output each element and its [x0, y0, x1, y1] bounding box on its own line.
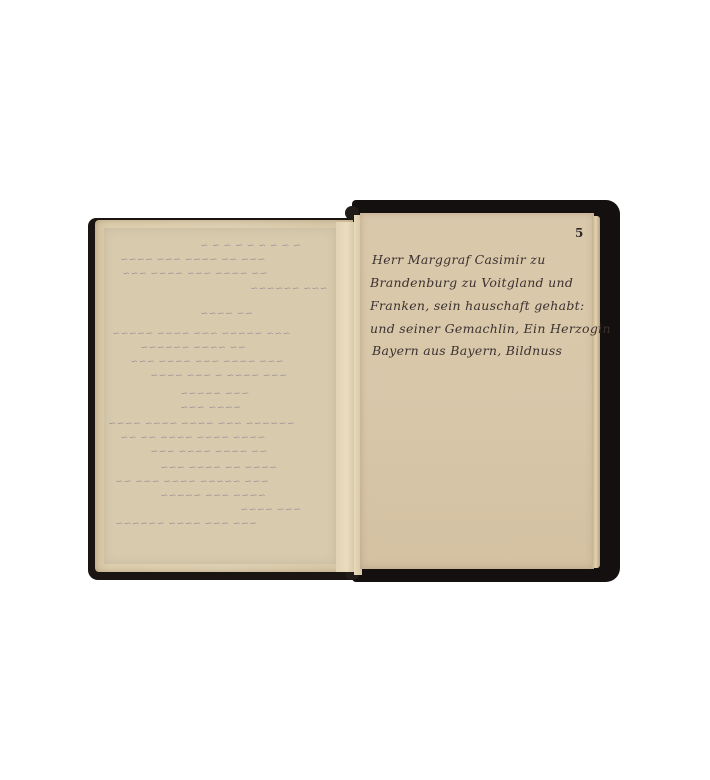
- bleed-through-line: ~~~ ~~ ~~~~ ~~~ ~~~~: [120, 254, 265, 265]
- open-manuscript-book: 5 Herr Marggraf Casimir zu Brandenburg z…: [0, 0, 710, 780]
- bleed-through-line: ~~~~ ~~ ~~~~ ~~~: [160, 462, 277, 473]
- script-line: Bayern aus Bayern, Bildnuss: [372, 343, 562, 358]
- script-line: Herr Marggraf Casimir zu: [372, 252, 546, 267]
- left-gutter-strip: [336, 222, 354, 572]
- bleed-through-line: ~~ ~~~~: [200, 308, 253, 319]
- bleed-through-line: ~~~ ~~~~~~: [250, 283, 328, 294]
- bleed-through-line: ~ ~ ~ ~ ~ ~ ~ ~ ~: [200, 240, 301, 251]
- bleed-through-line: ~~~~~~ ~~~ ~~~~ ~~~~ ~~~~: [108, 418, 295, 429]
- script-line: und seiner Gemachlin, Ein Herzogin: [370, 321, 611, 336]
- script-line: Brandenburg zu Voitgland und: [370, 275, 573, 290]
- page-number: 5: [575, 226, 583, 240]
- bleed-through-line: ~~~ ~~~~~ ~~~ ~~~~ ~~~~~: [112, 328, 290, 339]
- script-line: Franken, sein hauschaft gehabt:: [370, 298, 585, 313]
- bleed-through-line: ~~~ ~~~~: [240, 504, 301, 515]
- bleed-through-line: ~~~~ ~~~~ ~~~~ ~~ ~~: [120, 432, 265, 443]
- page-block-edge: [592, 216, 600, 568]
- bleed-through-line: ~~~ ~~~~~ ~~~~ ~~~ ~~: [115, 476, 269, 487]
- bleed-through-line: ~~ ~~~~ ~~~~ ~~~: [150, 446, 267, 457]
- bleed-through-line: ~~~ ~~~~ ~~~ ~~~~ ~~~: [130, 356, 284, 367]
- bleed-through-line: ~~~ ~~~ ~~~~ ~~~~~~: [115, 518, 257, 529]
- bleed-through-line: ~~ ~~~~ ~~~ ~~~~ ~~~: [122, 268, 267, 279]
- bleed-through-line: ~~~ ~~~~~: [180, 388, 249, 399]
- bleed-through-line: ~~~ ~~~~ ~ ~~~ ~~~~: [150, 370, 287, 381]
- bleed-through-line: ~~~~ ~~~ ~~~~~: [160, 490, 266, 501]
- bleed-through-line: ~~ ~~~~ ~~~~~~: [140, 342, 246, 353]
- bleed-through-line: ~~~~ ~~~: [180, 402, 241, 413]
